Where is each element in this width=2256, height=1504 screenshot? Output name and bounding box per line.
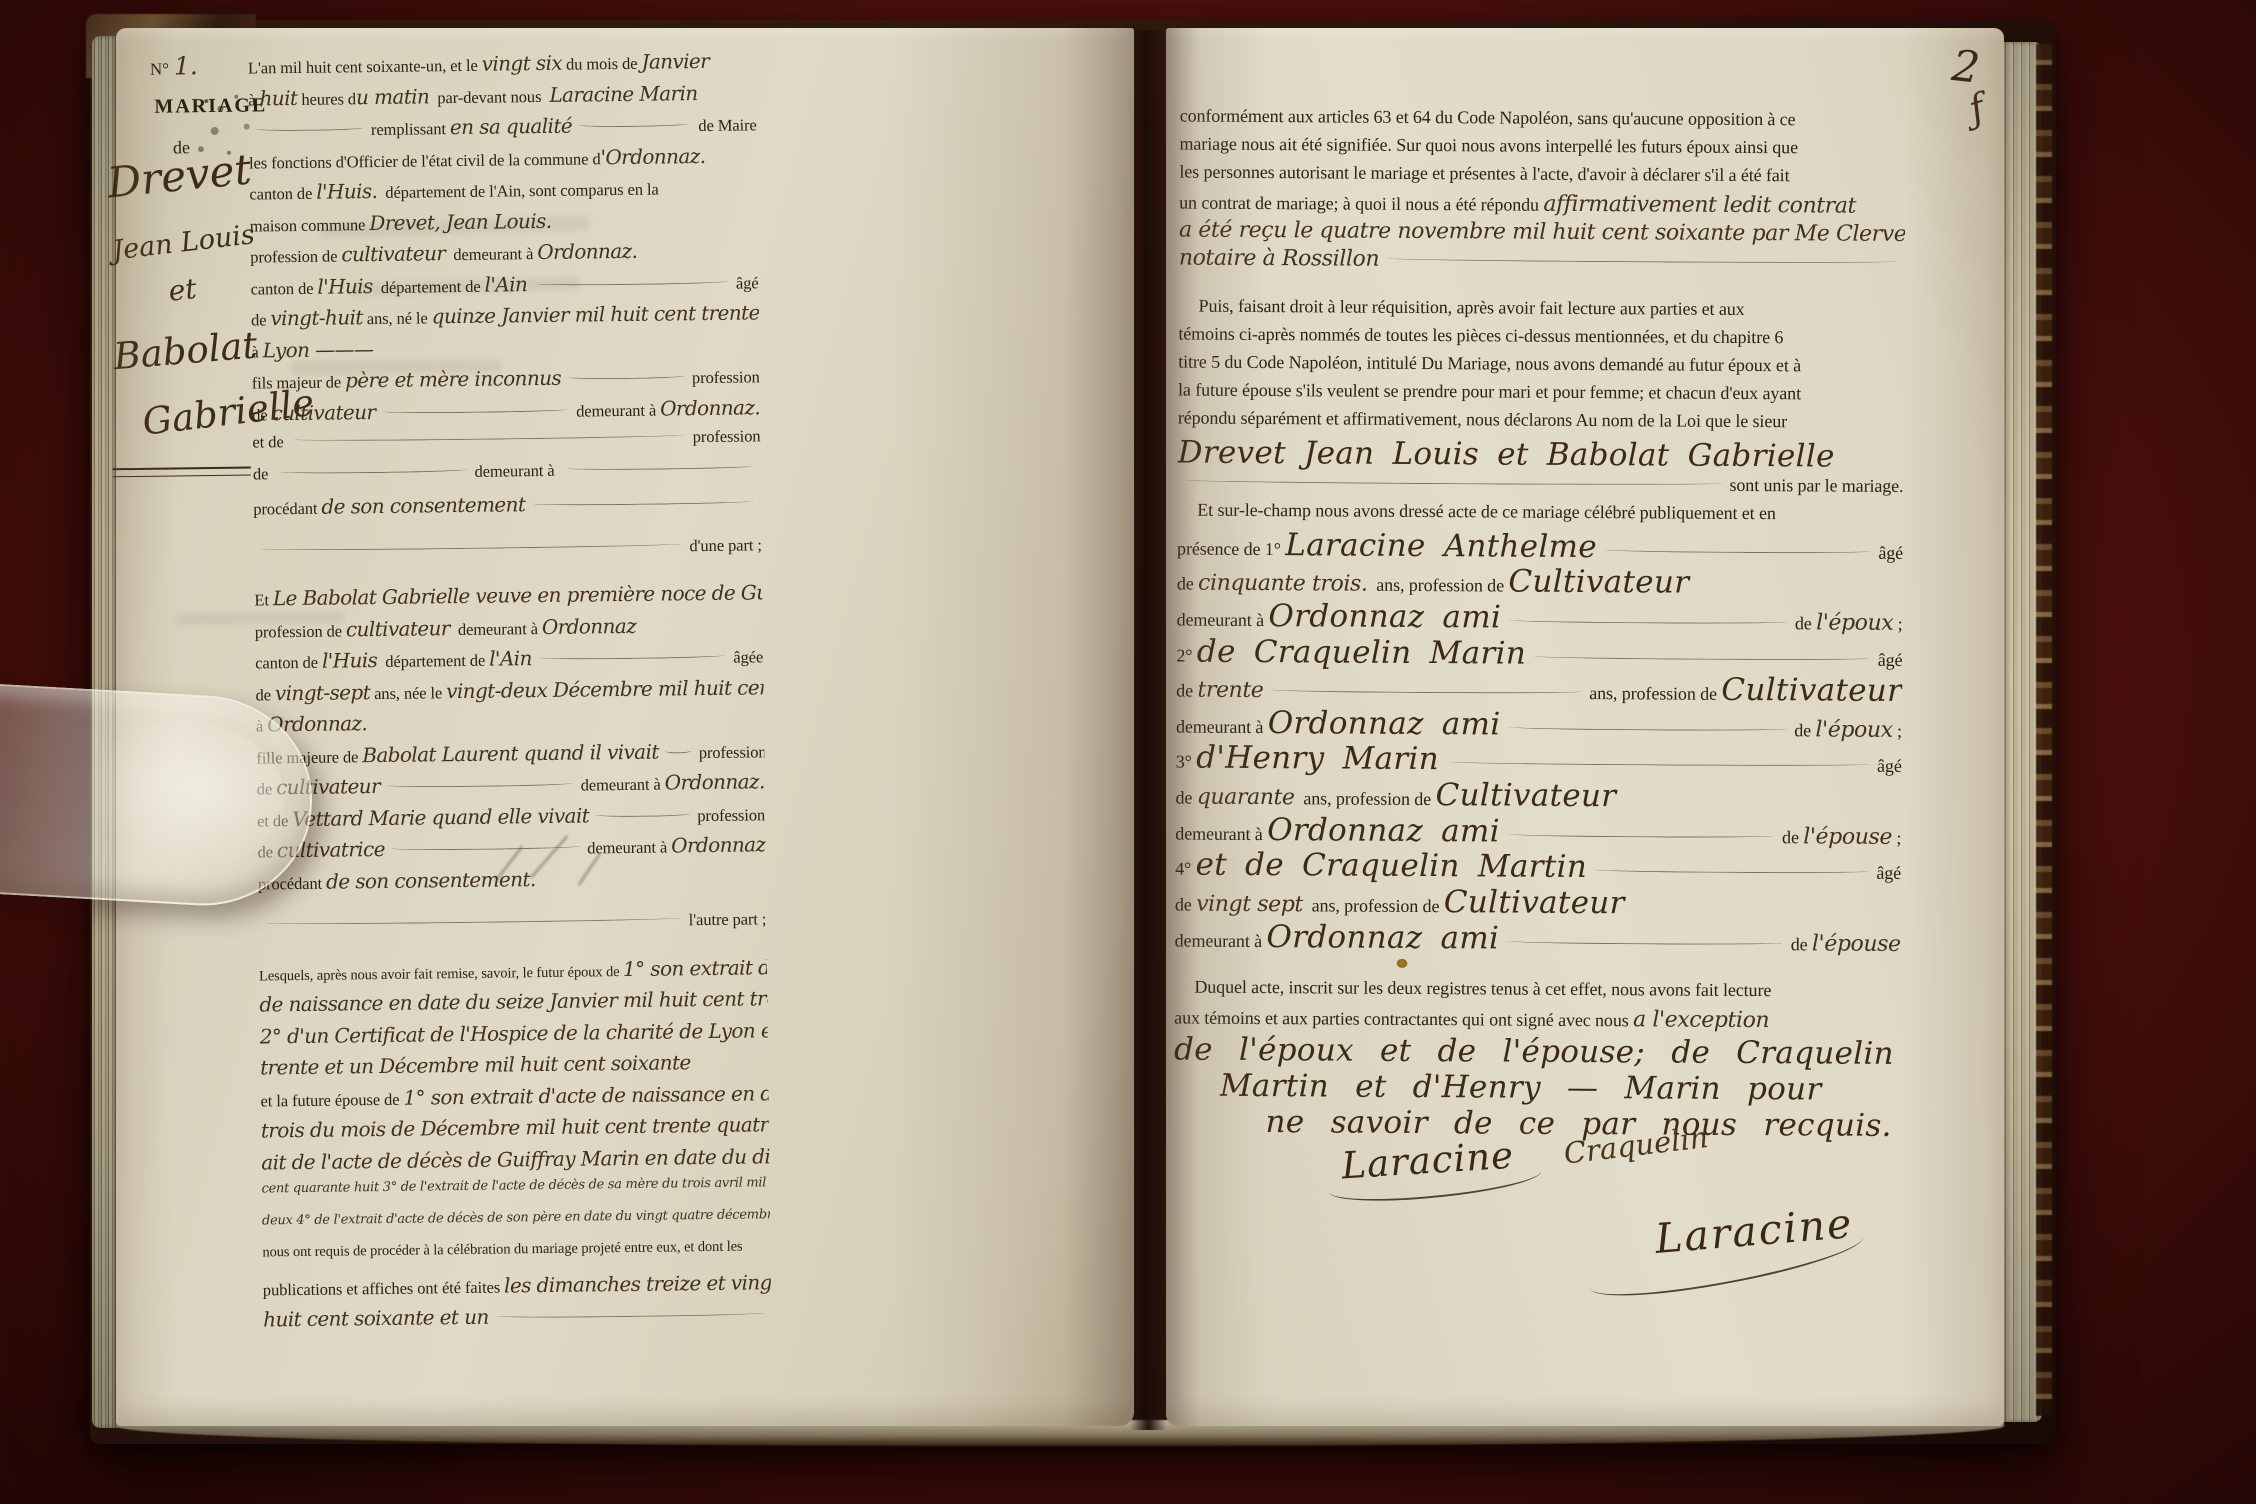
text-segment: l'épouse <box>1812 931 1901 957</box>
text-segment: de son consentement <box>321 492 525 518</box>
form-line: mariage nous ait été signifiée. Sur quoi… <box>1179 134 1905 166</box>
text-segment: âgé <box>736 273 759 293</box>
text-segment: L'an mil huit cent soixante-un, et le <box>248 56 482 79</box>
form-line: 2° de Craquelin Marinâgé <box>1176 634 1902 674</box>
text-segment: profession <box>693 426 761 447</box>
form-line: présence de 1° Laracine Anthelmeâgé <box>1177 527 1903 567</box>
text-segment: demeurant à <box>474 460 558 481</box>
text-segment: demeurant à <box>587 837 671 858</box>
open-register-book: N° 1. MARIAGE de Drevet Jean Louis et Ba… <box>90 20 2056 1444</box>
text-segment: Ordonnaz. <box>665 769 765 794</box>
act-number: N° 1. <box>150 51 198 81</box>
form-line: de vingt sept ans, profession de Cultiva… <box>1175 884 1901 924</box>
text-segment: demeurant à <box>450 619 542 640</box>
text-segment: aux témoins et aux parties contractantes… <box>1174 1008 1633 1031</box>
text-segment: vingt-deux Décembre mil huit cent trente… <box>446 675 764 703</box>
form-line: Drevet Jean Louis et Babolat Gabrielle <box>1178 436 1904 476</box>
text-segment: et de Craquelin Martin <box>1195 848 1587 886</box>
signature-mayor: Laracine <box>1340 1134 1515 1188</box>
text-segment: cinquante trois. <box>1198 571 1368 597</box>
text-segment: de <box>1176 681 1197 702</box>
form-line: de quarante ans, profession de Cultivate… <box>1175 777 1901 817</box>
text-segment: canton de <box>255 653 322 674</box>
text-segment: profession <box>697 805 765 826</box>
blank-rule <box>666 748 692 753</box>
text-segment: département de <box>373 276 485 297</box>
text-segment: Le Babolat Gabrielle veuve en première n… <box>273 580 763 610</box>
text-segment: sont unis par le mariage. <box>1729 475 1903 497</box>
form-line: Duquel acte, inscrit sur les deux regist… <box>1174 977 1900 1009</box>
form-line: procédant de son consentement. <box>258 864 766 902</box>
text-segment: canton de <box>250 278 317 299</box>
text-segment: Duquel acte, inscrit sur les deux regist… <box>1194 977 1771 1001</box>
text-segment: âgé <box>1878 649 1903 670</box>
signature-mayor-flourish: Laracine <box>1653 1199 1855 1263</box>
text-segment: de <box>252 405 272 425</box>
text-segment: l'autre part ; <box>689 909 767 930</box>
text-segment: ans, profession de <box>1367 575 1508 597</box>
text-segment: à <box>248 90 259 110</box>
text-segment: conformément aux articles 63 et 64 du Co… <box>1180 106 1796 130</box>
blank-rule <box>1446 760 1870 768</box>
text-segment: trois du mois de Décembre mil huit cent … <box>261 1112 769 1142</box>
text-segment: ans, profession de <box>1589 683 1721 704</box>
text-segment: de <box>1795 613 1816 634</box>
text-segment: demeurant à <box>1177 609 1269 630</box>
text-segment: 1° son extrait d'acte <box>623 955 767 981</box>
blank-rule <box>256 125 364 131</box>
text-segment: Ordonnaz ami <box>1266 920 1499 957</box>
form-line: la future épouse s'ils veulent se prendr… <box>1178 380 1904 412</box>
text-segment: de Maire <box>694 115 757 136</box>
form-line: huit cent soixante et un <box>263 1301 771 1339</box>
text-segment: par-devant nous <box>429 86 549 107</box>
text-segment: et de <box>252 432 287 452</box>
text-segment: affirmativement ledit contrat <box>1543 192 1856 219</box>
form-line: titre 5 du Code Napoléon, intitulé Du Ma… <box>1178 352 1904 384</box>
text-segment: d'Henry Marin <box>1196 741 1439 778</box>
text-segment: un contrat de mariage; à quoi il nous a … <box>1179 193 1543 216</box>
text-segment: Cultivateur <box>1435 778 1616 815</box>
text-segment: de son consentement. <box>326 867 536 894</box>
text-segment: l'Ain <box>484 272 527 297</box>
blank-rule <box>496 1310 765 1318</box>
text-segment: cultivateur <box>341 241 445 266</box>
text-segment: âgé <box>1878 542 1903 563</box>
text-segment: de Craquelin Marin <box>1197 634 1526 672</box>
text-segment: Ordonnaz ami <box>1268 706 1501 743</box>
text-segment: de <box>1175 788 1196 809</box>
margin-groom-surname: Drevet <box>105 144 253 207</box>
margin-bride-surname: Babolat <box>112 324 259 379</box>
text-segment: de naissance en date du seize Janvier mi… <box>259 986 767 1016</box>
right-page: 2 ƒ conformément aux articles 63 et 64 d… <box>1166 28 2004 1426</box>
blank-rule <box>1184 477 1722 485</box>
text-segment: Ordonnaz ami <box>1268 599 1501 636</box>
text-segment: ans, profession de <box>1295 788 1436 810</box>
text-segment: de <box>253 464 273 484</box>
blank-rule <box>532 498 754 506</box>
act-number-value: 1. <box>174 51 198 80</box>
text-segment: Drevet Jean Louis et Babolat Gabrielle <box>1178 436 1835 476</box>
text-segment: vingt-sept <box>275 680 370 705</box>
text-segment: Vettard Marie quand elle vivait <box>292 803 589 831</box>
blank-rule <box>279 466 467 473</box>
form-line: demeurant à Ordonnaz amide l'épouse ; <box>1175 812 1901 852</box>
form-line: sont unis par le mariage. <box>1177 471 1903 503</box>
text-segment: trente <box>1197 678 1263 704</box>
form-line: un contrat de mariage; à quoi il nous a … <box>1179 190 1905 222</box>
book-cover-frayed-edge <box>2036 44 2052 1416</box>
text-segment: Ordonnaz ami <box>1267 813 1500 850</box>
text-segment: a l'exception <box>1633 1008 1769 1034</box>
blank-rule <box>392 844 580 851</box>
text-segment: l'épouse <box>1803 824 1892 850</box>
text-segment: remplissant <box>371 119 450 140</box>
right-page-content: 2 ƒ conformément aux articles 63 et 64 d… <box>1162 25 2009 1428</box>
text-segment: huit cent soixante et un <box>263 1305 489 1332</box>
blank-rule <box>387 781 574 788</box>
form-line: les personnes autorisant le mariage et p… <box>1179 162 1905 194</box>
text-segment: de <box>255 685 275 705</box>
text-segment: publications et affiches ont été faites <box>263 1277 505 1300</box>
text-segment: département de l'Ain, sont comparus en l… <box>377 180 659 203</box>
text-segment: d'une part ; <box>689 535 762 556</box>
margin-word-et: et <box>167 272 198 308</box>
text-segment: Lyon ——— <box>262 337 373 362</box>
text-segment: Martin et d'Henry — Marin pour <box>1220 1069 1822 1108</box>
text-segment: quarante <box>1197 785 1295 811</box>
text-segment: Janvier <box>641 49 709 74</box>
form-line: l'autre part ; <box>258 909 766 947</box>
margin-groom-given-name: Jean Louis <box>111 219 257 266</box>
text-segment: répondu séparément et affirmativement, n… <box>1178 408 1787 432</box>
blank-rule <box>539 653 727 660</box>
text-segment: l'Huis <box>322 648 378 673</box>
text-segment: l'époux <box>1816 610 1893 636</box>
text-segment: ans, profession de <box>1303 895 1444 917</box>
text-segment: âgée <box>733 647 763 667</box>
text-segment: a été reçu le quatre novembre mil huit c… <box>1179 218 1905 248</box>
text-segment: de <box>1175 895 1196 916</box>
text-segment: titre 5 du Code Napoléon, intitulé Du Ma… <box>1178 352 1801 376</box>
text-segment: Laracine Anthelme <box>1285 528 1597 566</box>
blank-rule <box>568 373 685 379</box>
text-segment: de l'époux et de l'épouse; de Craquelin <box>1174 1033 1894 1073</box>
text-segment: ; <box>1893 614 1902 635</box>
text-segment: les personnes autorisant le mariage et p… <box>1179 162 1789 186</box>
text-segment: père et mère inconnus <box>345 366 561 393</box>
text-segment: Puis, faisant droit à leur réquisition, … <box>1199 296 1745 320</box>
text-segment: cultivateur <box>271 400 375 425</box>
blank-rule <box>1270 687 1582 694</box>
text-segment: 1° son extrait d'acte de naissance en da… <box>403 1081 768 1109</box>
text-segment: Ordonnaz <box>671 832 766 857</box>
text-segment: demeurant à <box>581 775 665 796</box>
margin-double-rule <box>113 467 251 478</box>
text-segment: ans, née le <box>370 683 446 704</box>
text-segment: à <box>251 342 262 362</box>
text-segment: trente et un Décembre mil huit cent soix… <box>260 1050 691 1079</box>
text-segment: maison commune <box>250 215 370 236</box>
blank-rule <box>1507 724 1787 731</box>
blank-rule <box>1506 938 1784 945</box>
text-segment: 'Ordonnaz. <box>600 143 705 168</box>
blank-rule <box>1508 617 1788 624</box>
form-line: conformément aux articles 63 et 64 du Co… <box>1180 106 1906 138</box>
text-segment: huit <box>259 85 297 109</box>
text-segment: vingt six <box>482 51 563 76</box>
text-segment: les fonctions d'Officier de l'état civil… <box>249 149 601 173</box>
text-segment: u matin <box>356 84 430 109</box>
text-segment: demeurant à <box>1175 930 1267 951</box>
text-segment: profession de <box>255 621 346 642</box>
text-segment: présence de 1° <box>1177 538 1285 559</box>
blank-rule <box>1604 547 1871 554</box>
text-segment: Drevet, Jean Louis. <box>369 208 551 234</box>
text-segment: Babolat Laurent quand il vivait <box>362 739 659 767</box>
blank-rule <box>534 278 729 285</box>
text-segment: demeurant à <box>1176 716 1268 737</box>
form-line: répondu séparément et affirmativement, n… <box>1178 408 1904 440</box>
text-segment: de <box>251 310 271 330</box>
text-segment: 2° d'un Certificat de l'Hospice de la ch… <box>260 1018 768 1048</box>
text-segment: département de <box>377 651 489 672</box>
form-line: Puis, faisant droit à leur réquisition, … <box>1178 296 1904 328</box>
text-segment: Cultivateur <box>1508 565 1689 602</box>
blank-rule <box>596 811 690 817</box>
form-line: procédant de son consentement <box>253 489 761 527</box>
text-segment: Et sur-le-champ nous avons dressé acte d… <box>1197 499 1776 523</box>
text-segment: de <box>1791 934 1812 955</box>
blank-rule <box>579 121 687 127</box>
text-segment: la future épouse s'ils veulent se prendr… <box>1178 380 1801 404</box>
act-number-label: N° <box>150 60 169 80</box>
text-segment: demeurant à <box>445 244 537 265</box>
text-segment: Et <box>254 590 273 610</box>
text-segment: ; <box>1893 721 1902 742</box>
text-segment: âgé <box>1876 863 1901 884</box>
marriage-act-body-right: conformément aux articles 63 et 64 du Co… <box>1173 106 1905 1145</box>
text-segment: témoins ci-après nommés de toutes les pi… <box>1178 324 1783 348</box>
text-segment: cultivateur <box>346 616 450 641</box>
text-segment: du mois de <box>562 54 642 75</box>
text-segment: 2° <box>1176 645 1197 666</box>
form-line: 3° d'Henry Marinâgé <box>1176 741 1902 781</box>
text-segment: Ordonnaz. <box>660 395 760 420</box>
marriage-act-body-left: L'an mil huit cent soixante-un, et le vi… <box>248 48 772 1339</box>
text-segment: 3° <box>1176 752 1197 773</box>
text-segment: âgé <box>1877 756 1902 777</box>
form-line: aux témoins et aux parties contractantes… <box>1174 1005 1900 1037</box>
form-line: de trenteans, profession de Cultivateur <box>1176 670 1902 710</box>
text-segment: et la future épouse de <box>260 1089 403 1111</box>
blank-rule <box>261 541 683 551</box>
text-segment: vingt sept <box>1196 892 1303 918</box>
blank-rule <box>1507 831 1775 838</box>
form-line: Et sur-le-champ nous avons dressé acte d… <box>1177 499 1903 531</box>
form-line: demeurant à Ordonnaz amide l'épouse <box>1175 919 1901 959</box>
blank-rule <box>265 915 681 925</box>
text-segment: notaire à Rossillon <box>1179 246 1380 273</box>
text-segment: profession <box>692 367 760 388</box>
form-line: Martin et d'Henry — Marin pour <box>1220 1069 1900 1109</box>
text-segment: l'Huis. <box>316 179 377 204</box>
form-line: demeurant à Ordonnaz amide l'époux ; <box>1176 705 1902 745</box>
form-line: de l'époux et de l'épouse; de Craquelin <box>1174 1033 1900 1073</box>
text-segment: heures d <box>297 89 356 110</box>
form-line: 4° et de Craquelin Martinâgé <box>1175 848 1901 888</box>
text-segment: Cultivateur <box>1444 885 1625 922</box>
text-segment: vingt-huit <box>270 305 363 330</box>
blank-rule <box>1386 256 1898 264</box>
text-segment: ; <box>1892 828 1901 849</box>
text-segment: profession de <box>250 246 341 267</box>
text-segment: demeurant à <box>1175 823 1267 844</box>
text-segment: de <box>1782 827 1803 848</box>
text-segment: l'Huis <box>317 274 373 299</box>
text-segment: Ordonnaz <box>542 613 637 638</box>
blank-rule <box>1594 867 1869 874</box>
text-segment: Ordonnaz. <box>537 239 637 264</box>
text-segment: en sa qualité <box>450 114 572 139</box>
folio-paraph-mark: ƒ <box>1963 85 1990 131</box>
blank-rule <box>382 406 569 413</box>
blank-rule <box>1533 653 1871 660</box>
text-segment: l'époux <box>1815 717 1892 743</box>
form-line: demeurant à Ordonnaz amide l'époux ; <box>1177 598 1903 638</box>
text-segment: demeurant à <box>576 400 660 421</box>
text-segment: Cultivateur <box>1721 673 1902 710</box>
glass-magnifier-handle <box>0 683 318 912</box>
text-segment: profession <box>699 742 765 763</box>
form-line: notaire à Rossillon <box>1179 246 1905 278</box>
blank-rule <box>566 463 754 470</box>
text-segment: ans, né le <box>363 308 432 329</box>
blank-rule <box>295 432 686 442</box>
photo-of-register: N° 1. MARIAGE de Drevet Jean Louis et Ba… <box>0 0 2256 1504</box>
text-segment: de <box>1177 574 1198 595</box>
text-segment: de <box>1794 720 1815 741</box>
text-segment: mariage nous ait été signifiée. Sur quoi… <box>1179 134 1798 158</box>
text-segment: fils majeur de <box>252 372 346 393</box>
text-segment: canton de <box>249 184 316 205</box>
form-line: témoins ci-après nommés de toutes les pi… <box>1178 324 1904 356</box>
text-segment: quinze Janvier mil huit cent trente troi… <box>432 300 760 328</box>
text-segment: ait de l'acte de décès de Guiffray Marin… <box>261 1144 769 1174</box>
text-segment: Lesquels, après nous avoir fait remise, … <box>259 964 623 986</box>
form-line: a été reçu le quatre novembre mil huit c… <box>1179 218 1905 250</box>
text-segment: procédant <box>253 499 321 520</box>
text-segment: l'Ain <box>489 646 532 671</box>
form-line: d'une part ; <box>254 535 762 573</box>
form-line: de cinquante trois. ans, profession de C… <box>1177 563 1903 603</box>
text-segment: les dimanches treize et vingt Janvier mi… <box>504 1270 771 1297</box>
text-segment: Laracine Marin <box>549 81 697 107</box>
text-segment: 4° <box>1175 859 1196 880</box>
